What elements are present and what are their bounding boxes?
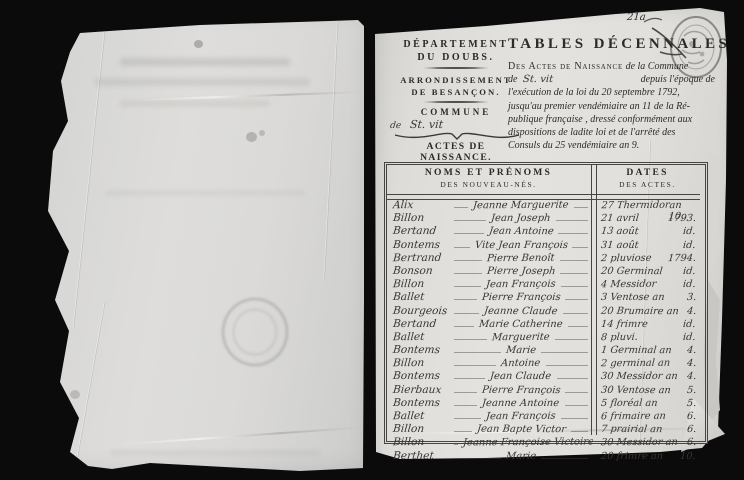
date-cell: 13 août id. [593, 226, 704, 237]
dash-line [454, 312, 479, 314]
dash-line [541, 351, 588, 353]
surname: Bontems [392, 344, 449, 356]
name-cell: Billon Jeanne Françoise Victoire [386, 436, 593, 448]
table-row: Bourgeois Jeanne Claude 20 Brumaire an 4… [386, 305, 704, 318]
table-row: Berthet Marie 20 frimre an 10. [386, 450, 704, 463]
table-row: Bontems Vite Jean François 31 août id. [386, 239, 704, 252]
dash-line [454, 246, 470, 248]
surname: Berthet [392, 450, 449, 462]
act-date: 7 prairial an [600, 424, 663, 435]
dash-line [454, 351, 501, 353]
date-cell: 4 Messidor id. [593, 279, 704, 290]
table-row: Bonson Pierre Joseph 20 Germinal id. [386, 265, 704, 278]
act-year: id. [683, 332, 696, 343]
names-header-line2: DES NOUVEAU-NÉS. [384, 180, 593, 189]
name-cell: Ballet Jean François [386, 410, 593, 422]
paper-stain [70, 390, 80, 399]
dash-line [454, 272, 482, 274]
surname: Billon [392, 212, 449, 224]
dash-line [454, 377, 485, 379]
intro-line2-de: de [508, 73, 517, 86]
arrondissement-line1: ARRONDISSEMENT [393, 74, 519, 86]
name-cell: Berthet Marie [386, 450, 593, 462]
given-names: Marie [505, 451, 536, 462]
table-row: Alix Jeanne Marguerite 27 Thermidor an 1… [386, 199, 704, 212]
dash-line [572, 246, 588, 248]
dash-line [561, 417, 588, 419]
given-names: Marie Catherine [479, 319, 564, 330]
intro-paragraph: Des Actes de Naissance de la Commune de … [508, 60, 715, 152]
paper-stain [259, 130, 265, 136]
name-cell: Ballet Marguerite [386, 331, 593, 343]
dash-line [454, 232, 484, 234]
arrondissement-block: ARRONDISSEMENT DE BESANÇON. [393, 74, 519, 98]
surname: Ballet [393, 331, 450, 343]
act-date: 2 germinal an [601, 358, 671, 369]
showthrough-text [105, 190, 305, 196]
dash-line [454, 457, 501, 459]
act-year: 4. [686, 358, 696, 369]
act-date: 20 Germinal [600, 266, 663, 277]
names-column-header: NOMS ET PRÉNOMS DES NOUVEAU-NÉS. [384, 163, 593, 196]
dash-line [556, 219, 588, 221]
surname: Billon [393, 278, 450, 290]
dash-line [454, 404, 477, 406]
given-names: Jean François [486, 279, 557, 290]
act-date: 2 pluviose [601, 253, 652, 264]
act-date: 20 Brumaire an [600, 306, 679, 317]
dash-line [454, 364, 496, 366]
surname: Bonson [392, 265, 449, 277]
given-names: Jeanne Antoine [482, 398, 560, 409]
dash-line [454, 219, 486, 221]
surname: Bertand [392, 318, 449, 330]
intro-line1-caps: Des Actes de Naissance [508, 61, 623, 72]
intro-line1-rest: de la Commune [626, 61, 689, 72]
act-year: 6. [686, 424, 697, 435]
intro-line: jusqu'au premier vendémiaire an 11 de la… [508, 100, 715, 113]
table-row: Ballet Pierre François 3 Ventose an 3. [386, 291, 704, 304]
name-cell: Bontems Jean Claude [386, 370, 593, 382]
act-date: 14 frimre [601, 319, 649, 330]
act-year: 4. [686, 345, 697, 356]
name-cell: Bertrand Pierre Benoît [386, 252, 593, 264]
name-cell: Alix Jeanne Marguerite [386, 199, 593, 211]
given-names: Jean Joseph [491, 213, 551, 224]
name-cell: Bonson Pierre Joseph [386, 265, 593, 277]
act-date: 30 Messidor an [601, 437, 679, 448]
given-names: Jeanne Marguerite [473, 200, 569, 211]
paper-stain [246, 132, 257, 142]
surname: Bontems [392, 239, 449, 251]
given-names: Jeanne Françoise Victoire [463, 437, 593, 448]
department-line1: DÉPARTEMENT [393, 38, 519, 51]
given-names: Pierre François [481, 292, 561, 303]
dash-line [571, 430, 589, 432]
table-row: Billon Jean François 4 Messidor id. [386, 278, 704, 291]
act-date: 6 frimaire an [601, 411, 667, 422]
dash-line [558, 232, 588, 234]
act-date: 20 frimre an [601, 451, 664, 462]
date-cell: 31 août id. [593, 240, 704, 251]
name-cell: Billon Jean François [386, 278, 593, 290]
date-cell: 30 Ventose an 5. [593, 385, 704, 396]
date-cell: 30 Messidor an 4. [593, 371, 704, 382]
page-title: TABLES DÉCENNALES [508, 36, 718, 53]
intro-line: Consuls du 25 vendémiaire an 9. [508, 139, 715, 152]
intro-line: dispositions de ladite loi et de l'arrêt… [508, 126, 715, 139]
dates-header-line2: DES ACTES. [593, 180, 702, 189]
name-cell: Bertand Marie Catherine [386, 318, 593, 330]
act-year: 10. [680, 451, 697, 462]
act-date: 8 pluvi. [601, 332, 639, 343]
act-year: 5. [686, 385, 697, 396]
showthrough-text [95, 78, 310, 86]
dash-line [560, 272, 588, 274]
names-header-line1: NOMS ET PRÉNOMS [384, 167, 593, 178]
table-row: Bierbaux Pierre François 30 Ventose an 5… [386, 384, 704, 397]
table-row: Ballet Jean François 6 frimaire an 6. [386, 410, 704, 423]
act-year: 5. [686, 398, 696, 409]
given-names: Jeanne Claude [484, 305, 559, 316]
dash-line [574, 206, 588, 208]
date-cell: 20 Germinal id. [593, 266, 704, 277]
commune-label: COMMUNE [393, 107, 519, 117]
surname: Ballet [393, 410, 450, 422]
name-cell: Billon Jean Joseph [386, 212, 593, 224]
date-cell: 2 germinal an 4. [593, 358, 704, 369]
act-year: id. [683, 279, 696, 290]
given-names: Antoine [501, 358, 541, 369]
date-cell: 1 Germinal an 4. [593, 345, 704, 356]
dash-line [541, 457, 588, 459]
intro-line: de St. vit depuis l'époque de [508, 73, 715, 86]
date-cell: 30 Messidor an 6. [593, 437, 704, 448]
showthrough-text [120, 58, 290, 66]
dash-line [454, 430, 472, 432]
name-cell: Bontems Marie [386, 344, 593, 356]
showthrough-text [110, 450, 320, 456]
dates-header-line1: DATES [593, 167, 702, 178]
act-date: 3 Ventose an [601, 292, 666, 303]
act-year: id. [683, 266, 697, 277]
department-block: DÉPARTEMENT DU DOUBS. [393, 38, 519, 64]
surname: Alix [393, 199, 450, 211]
surname: Ballet [392, 291, 449, 303]
surname: Bertrand [393, 252, 450, 264]
given-names: Marguerite [492, 332, 551, 343]
name-cell: Billon Jean Bapte Victor [386, 423, 593, 435]
paper-crease [72, 31, 105, 330]
paper-crease [76, 301, 106, 459]
date-cell: 14 frimre id. [593, 319, 704, 330]
act-date: 30 Messidor an [601, 371, 679, 382]
paper-stain [194, 40, 203, 48]
showthrough-text [120, 100, 270, 107]
dash-line [454, 259, 482, 261]
date-cell: 2 pluviose 1794. [593, 253, 704, 264]
given-names: Pierre Benoît [487, 253, 555, 264]
act-year: 4. [686, 306, 697, 317]
table-row: Bertand Jean Antoine 13 août id. [386, 225, 704, 238]
dates-column-header: DATES DES ACTES. [593, 163, 702, 196]
intro-line: l'exécution de la loi du 20 septembre 17… [508, 86, 715, 99]
table-row: Bontems Jeanne Antoine 5 floréal an 5. [386, 397, 704, 410]
name-cell: Bertand Jean Antoine [386, 225, 593, 237]
act-date: 1 Germinal an [600, 345, 672, 356]
act-year: 1794. [668, 253, 697, 264]
intro-commune-handwritten: St. vit [523, 73, 554, 86]
given-names: Jean Bapte Victor [476, 424, 566, 435]
act-date: 5 floréal an [601, 398, 658, 409]
given-names: Jean François [486, 411, 557, 422]
surname: Bourgeois [392, 305, 449, 317]
name-cell: Billon Antoine [386, 357, 593, 369]
surname: Bontems [392, 370, 449, 382]
date-cell: 20 frimre an 10. [593, 451, 704, 462]
table-row: Bertrand Pierre Benoît 2 pluviose 1794. [386, 252, 704, 265]
dash-line [557, 377, 588, 379]
dash-line [454, 391, 477, 393]
table-row: Bertand Marie Catherine 14 frimre id. [386, 318, 704, 331]
dash-line [454, 206, 468, 208]
given-names: Marie [505, 345, 536, 356]
act-date: 31 août [601, 240, 640, 251]
surname: Billon [393, 357, 450, 369]
name-cell: Bontems Vite Jean François [386, 239, 593, 251]
act-date: 13 août [600, 226, 639, 237]
act-year: 4. [686, 371, 696, 382]
showthrough-stamp [222, 298, 288, 366]
surname: Bierbaux [392, 384, 449, 396]
intro-line: publique française , dressé conformément… [508, 113, 715, 126]
date-cell: 3 Ventose an 3. [593, 292, 704, 303]
surname: Bertand [392, 225, 449, 237]
act-year: id. [683, 226, 697, 237]
dash-line [568, 325, 588, 327]
dash-line [555, 338, 588, 340]
dash-line [454, 285, 481, 287]
date-cell: 8 pluvi. id. [593, 332, 704, 343]
paper-crease [323, 20, 339, 280]
table-row: Billon Jean Bapte Victor 7 prairial an 6… [386, 423, 704, 436]
dash-line [560, 259, 588, 261]
given-names: Pierre Joseph [486, 266, 556, 277]
table-row: Ballet Marguerite 8 pluvi. id. [386, 331, 704, 344]
act-date: 30 Ventose an [600, 385, 671, 396]
name-cell: Ballet Pierre François [386, 291, 593, 303]
table-row: Billon Antoine 2 germinal an 4. [386, 357, 704, 370]
intro-line2-rest: depuis l'époque de [641, 73, 715, 86]
dash-line [565, 404, 588, 406]
dash-line [565, 298, 588, 300]
intro-line: Des Actes de Naissance de la Commune [508, 60, 715, 73]
act-year: 1793. [667, 213, 696, 224]
act-year: 3. [686, 292, 696, 303]
dash-line [454, 298, 477, 300]
act-year: id. [683, 319, 696, 330]
ornament-rule [424, 67, 488, 69]
date-cell: 7 prairial an 6. [593, 424, 704, 435]
left-blank-page [0, 0, 380, 480]
act-date: 21 avril [601, 213, 640, 224]
dash-line [561, 285, 588, 287]
dash-line [563, 312, 588, 314]
date-cell: 6 frimaire an 6. [593, 411, 704, 422]
actes-de-naissance-label: ACTES DE NAISSANCE. [389, 141, 523, 163]
department-line2: DU DOUBS. [393, 51, 519, 64]
table-row: Bontems Jean Claude 30 Messidor an 4. [386, 370, 704, 383]
surname: Billon [392, 423, 449, 435]
dash-line [454, 325, 474, 327]
act-year: id. [683, 240, 696, 251]
dash-line [454, 338, 487, 340]
name-cell: Bontems Jeanne Antoine [386, 397, 593, 409]
table-row: Billon Jeanne Françoise Victoire 30 Mess… [386, 436, 704, 449]
dash-line [565, 391, 588, 393]
arrondissement-line2: DE BESANÇON. [393, 86, 519, 98]
table-row: Bontems Marie 1 Germinal an 4. [386, 344, 704, 357]
given-names: Pierre François [481, 384, 561, 395]
act-year: 6. [686, 411, 696, 422]
date-cell: 5 floréal an 5. [593, 398, 704, 409]
given-names: Jean Claude [490, 371, 552, 382]
given-names: Vite Jean François [474, 240, 568, 251]
name-cell: Bourgeois Jeanne Claude [386, 305, 593, 317]
name-cell: Bierbaux Pierre François [386, 384, 593, 396]
given-names: Jean Antoine [488, 226, 554, 237]
table-body: Alix Jeanne Marguerite 27 Thermidor an 1… [386, 199, 704, 463]
surname: Billon [393, 436, 450, 448]
table-header: NOMS ET PRÉNOMS DES NOUVEAU-NÉS. DATES D… [384, 163, 702, 196]
dash-line [546, 364, 588, 366]
act-year: 6. [686, 437, 696, 448]
ornament-rule [424, 101, 488, 103]
paper-crease [120, 427, 360, 446]
scanned-register-photo: 21a DÉPARTEMENT DU DOUBS. ARRONDISSEMENT… [0, 0, 744, 480]
dash-line [454, 417, 481, 419]
surname: Bontems [392, 397, 449, 409]
dash-line [454, 443, 458, 445]
date-cell: 20 Brumaire an 4. [593, 306, 704, 317]
act-date: 4 Messidor [601, 279, 657, 290]
